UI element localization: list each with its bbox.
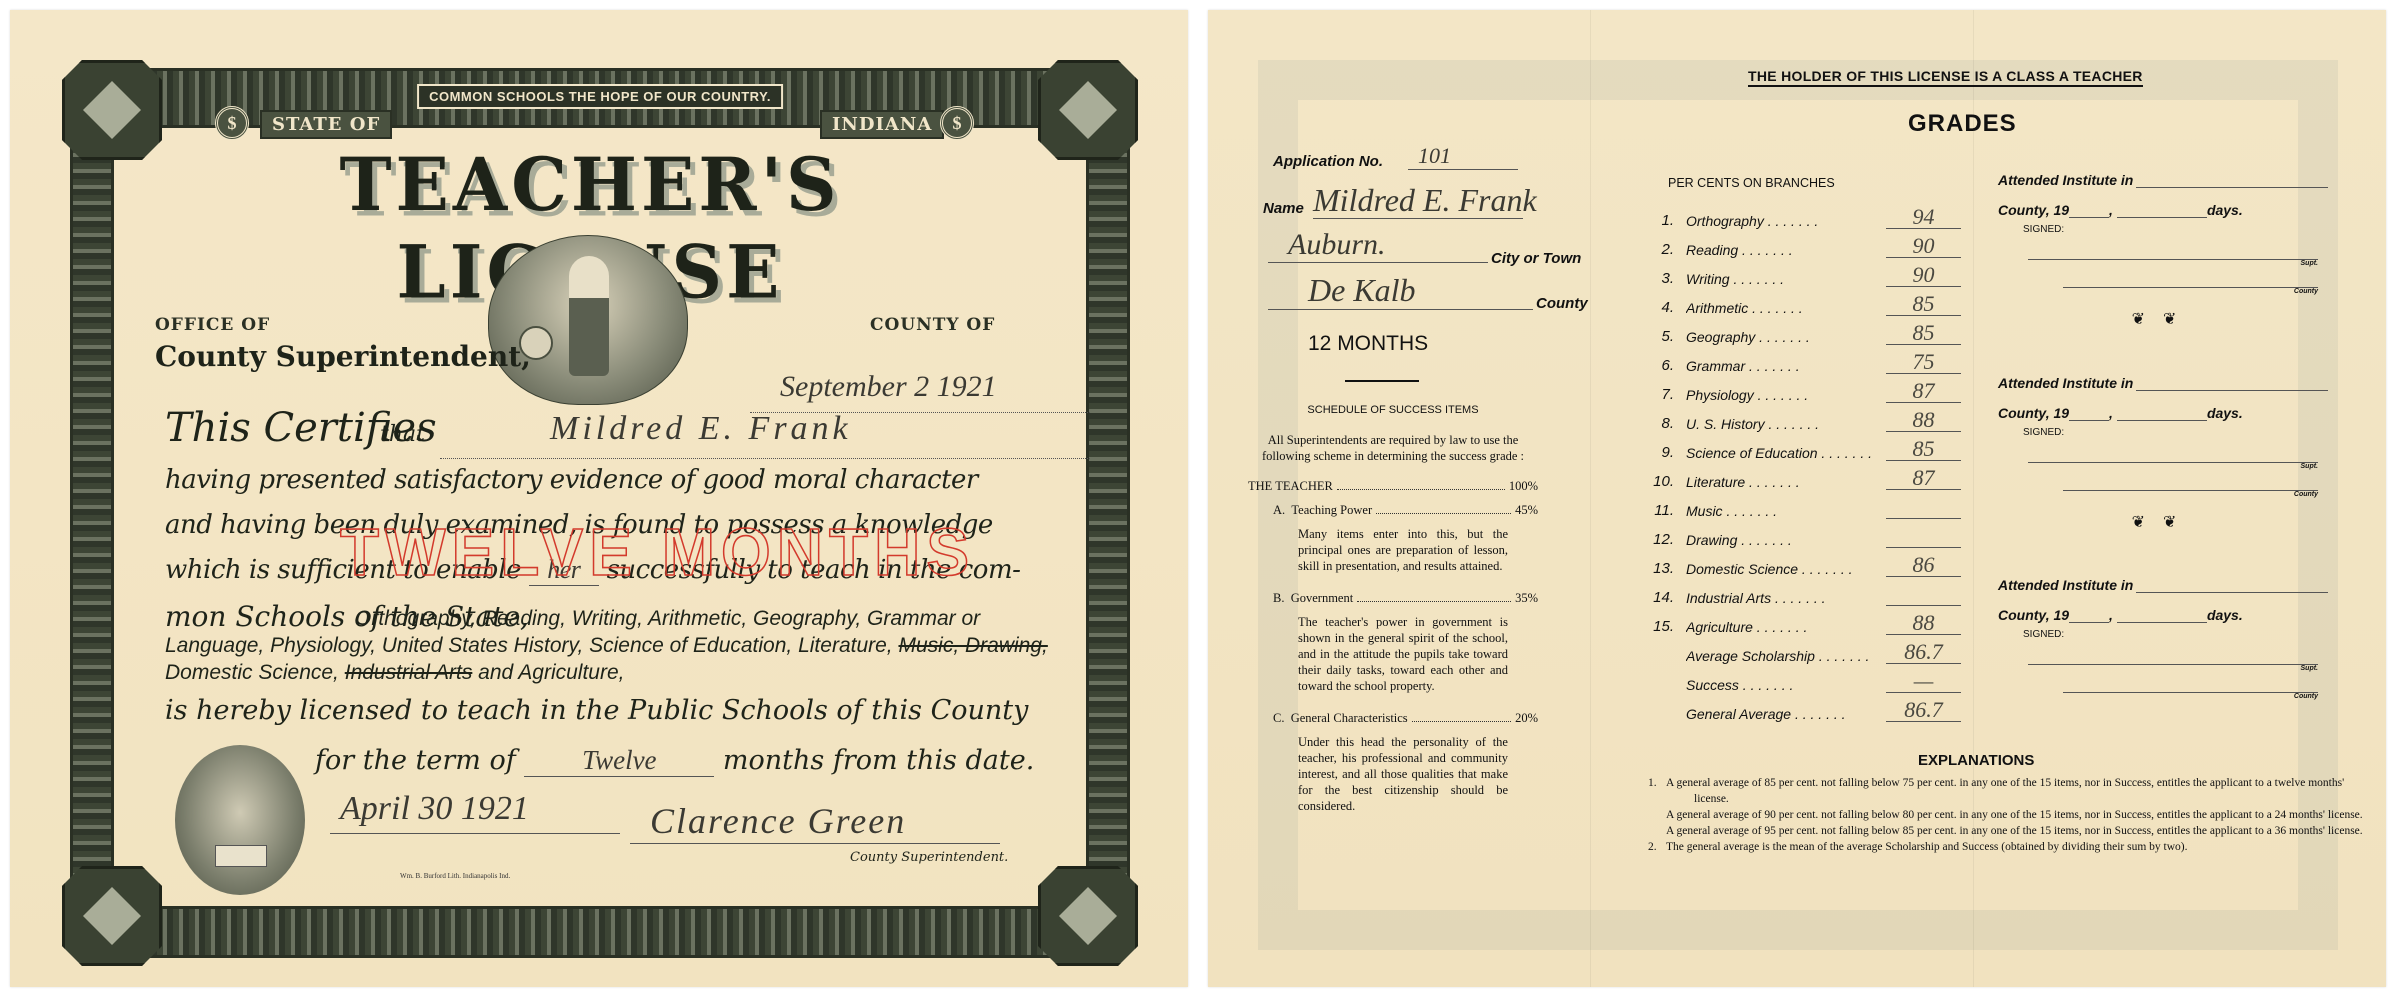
term-stamp: TWELVE MONTHS [340, 513, 975, 591]
grades-title: GRADES [1908, 110, 2017, 138]
county-tag: County [1998, 288, 2328, 295]
grade-subject: Drawing [1686, 532, 1886, 548]
book-icon [215, 845, 267, 867]
county-label: County [1536, 295, 1588, 312]
grade-row: 14.Industrial Arts [1648, 577, 1973, 606]
issue-date: April 30 1921 [340, 790, 529, 828]
year-field [2069, 622, 2109, 623]
grade-number: 11. [1648, 502, 1686, 519]
name-label: Name [1263, 200, 1304, 217]
item-letter: B. [1273, 591, 1284, 605]
signature-line [630, 843, 1000, 844]
grade-subject: Literature [1686, 474, 1886, 490]
grade-row: 15.Agriculture88 [1648, 606, 1973, 635]
days-field [2117, 420, 2207, 421]
schedule-pct: 100% [1509, 478, 1538, 494]
explanation-number: 1. [1648, 775, 1666, 839]
institute-block: Attended Institute in County, 19,days. S… [1998, 577, 2328, 700]
seal-icon: $ [215, 106, 249, 140]
lamp-of-learning-icon [175, 745, 305, 895]
grade-value: 86.7 [1886, 699, 1961, 722]
explanation-number: 2. [1648, 839, 1666, 855]
institute-field [2136, 375, 2328, 391]
explanation-text: A general average of 95 per cent. not fa… [1666, 823, 2368, 839]
grades-table: 1.Orthography94 2.Reading90 3.Writing90 … [1648, 200, 1973, 722]
schedule-row: THE TEACHER100% [1248, 478, 1538, 494]
grade-subject: Arithmetic [1686, 300, 1886, 316]
comma: , [2109, 202, 2113, 218]
grade-number: 8. [1648, 415, 1686, 432]
state-of-label: STATE OF [260, 110, 392, 139]
license-back-page: THE HOLDER OF THIS LICENSE IS A CLASS A … [1208, 10, 2386, 987]
supt-tag: Supt. [1998, 463, 2328, 470]
grade-number: 9. [1648, 444, 1686, 461]
year-field [2069, 420, 2109, 421]
schedule-pct: 20% [1515, 710, 1538, 726]
application-number: 101 [1408, 143, 1518, 170]
success-schedule: SCHEDULE OF SUCCESS ITEMS All Superinten… [1248, 402, 1538, 830]
body-line: having presented satisfactory evidence o… [165, 465, 978, 495]
schedule-desc: The teacher's power in government is sho… [1248, 614, 1538, 694]
struck-subjects: Music, Drawing, [898, 634, 1047, 657]
county-year-label: County, 19 [1998, 202, 2069, 218]
city-value: Auburn. [1268, 228, 1488, 263]
grade-value [1886, 547, 1961, 548]
grade-number: 12. [1648, 531, 1686, 548]
divider [1345, 380, 1419, 382]
institute-field [2136, 577, 2328, 593]
grade-row: 5.Geography85 [1648, 316, 1973, 345]
grade-subject: Writing [1686, 271, 1886, 287]
county-tag: County [1998, 693, 2328, 700]
name-value: Mildred E. Frank [1313, 182, 1538, 219]
grade-subject: General Average [1686, 706, 1886, 722]
schedule-intro: All Superintendents are required by law … [1248, 432, 1538, 464]
subjects-text: Domestic Science, [165, 661, 345, 684]
schedule-label: Government [1291, 591, 1353, 605]
border-bottom [122, 906, 1078, 958]
office-of-label: OFFICE OF [155, 315, 270, 335]
grade-number: 3. [1648, 270, 1686, 287]
schedule-pct: 35% [1515, 590, 1538, 606]
grade-row: 4.Arithmetic85 [1648, 287, 1973, 316]
term-value: Twelve [524, 745, 714, 777]
city-label: City or Town [1491, 250, 1581, 267]
grade-subject: Industrial Arts [1686, 590, 1886, 606]
grade-row: 11.Music [1648, 490, 1973, 519]
explanations-list: 1. A general average of 85 per cent. not… [1648, 775, 2368, 855]
grade-value: 87 [1886, 467, 1961, 490]
days-field [2117, 622, 2207, 623]
corner-ornament-icon [1038, 866, 1138, 966]
grade-subject: Science of Education [1686, 445, 1886, 461]
explanation-item: 1. A general average of 85 per cent. not… [1648, 775, 2368, 839]
grade-number: 5. [1648, 328, 1686, 345]
grade-subject: Average Scholarship [1686, 648, 1886, 664]
corner-ornament-icon [62, 866, 162, 966]
signed-label: SIGNED: [2023, 427, 2328, 438]
year-field [2069, 217, 2109, 218]
grade-value: 88 [1886, 409, 1961, 432]
grade-value [1886, 518, 1961, 519]
term-line: for the term of Twelve months from this … [315, 745, 1034, 777]
schedule-desc: Many items enter into this, but the prin… [1248, 526, 1538, 574]
schedule-row: B. Government35% [1248, 590, 1538, 606]
grade-value: 88 [1886, 612, 1961, 635]
grade-row: 10.Literature87 [1648, 461, 1973, 490]
grade-value: 85 [1886, 438, 1961, 461]
certificate-date: September 2 1921 [780, 370, 997, 404]
schedule-row: C. General Characteristics20% [1248, 710, 1538, 726]
grade-row-general-average: General Average86.7 [1648, 693, 1973, 722]
comma: , [2109, 405, 2113, 421]
grade-subject: Physiology [1686, 387, 1886, 403]
explanation-text: The general average is the mean of the a… [1666, 839, 2368, 855]
grade-row-average-scholarship: Average Scholarship86.7 [1648, 635, 1973, 664]
grade-row: 2.Reading90 [1648, 229, 1973, 258]
attended-label: Attended Institute in [1998, 375, 2133, 391]
grade-subject: Music [1686, 503, 1886, 519]
seal-icon: $ [940, 106, 974, 140]
grade-row: 7.Physiology87 [1648, 374, 1973, 403]
grade-subject: Grammar [1686, 358, 1886, 374]
fleuron-icon: ❦❦ [1998, 309, 2328, 329]
grade-number: 7. [1648, 386, 1686, 403]
schedule-row: A. Teaching Power45% [1248, 502, 1538, 518]
grade-subject: Domestic Science [1686, 561, 1886, 577]
class-heading: THE HOLDER OF THIS LICENSE IS A CLASS A … [1748, 68, 2143, 87]
superintendent-signature: Clarence Green [650, 800, 906, 842]
teacher-figure-icon [569, 256, 609, 376]
grade-subject: Reading [1686, 242, 1886, 258]
days-label: days. [2207, 202, 2243, 218]
holder-name: Mildred E. Frank [550, 410, 852, 448]
application-label: Application No. [1273, 153, 1383, 170]
grade-row: 13.Domestic Science86 [1648, 548, 1973, 577]
fleuron-icon: ❦❦ [1998, 512, 2328, 532]
corner-ornament-icon [1038, 60, 1138, 160]
grade-subject: Geography [1686, 329, 1886, 345]
days-label: days. [2207, 607, 2243, 623]
printer-imprint: Wm. B. Burford Lith. Indianapolis Ind. [400, 872, 510, 880]
attended-label: Attended Institute in [1998, 172, 2133, 188]
issuer-label: County Superintendent, [155, 340, 531, 373]
grade-subject: Success [1686, 677, 1886, 693]
allegorical-vignette-icon [488, 235, 688, 405]
grade-value: 86 [1886, 554, 1961, 577]
institute-block: Attended Institute in County, 19,days. S… [1998, 172, 2328, 329]
grade-row: 9.Science of Education85 [1648, 432, 1973, 461]
signature-title: County Superintendent. [850, 850, 1008, 865]
explanation-item: 2. The general average is the mean of th… [1648, 839, 2368, 855]
issue-date-line [330, 833, 620, 834]
grade-subject: Agriculture [1686, 619, 1886, 635]
grade-row: 6.Grammar75 [1648, 345, 1973, 374]
fold-line [1590, 10, 1591, 987]
schedule-desc: Under this head the personality of the t… [1248, 734, 1538, 814]
grade-number: 6. [1648, 357, 1686, 374]
schedule-pct: 45% [1515, 502, 1538, 518]
grade-value: 87 [1886, 380, 1961, 403]
grade-row: 1.Orthography94 [1648, 200, 1973, 229]
explanation-text: A general average of 85 per cent. not fa… [1666, 775, 2368, 807]
explanations-title: EXPLANATIONS [1918, 752, 2034, 769]
county-year-label: County, 19 [1998, 405, 2069, 421]
grade-value: — [1886, 670, 1961, 693]
term-tail: months from this date. [723, 745, 1034, 776]
grade-number: 10. [1648, 473, 1686, 490]
grade-value [1886, 605, 1961, 606]
explanation-text: A general average of 90 per cent. not fa… [1666, 807, 2368, 823]
signed-label: SIGNED: [2023, 629, 2328, 640]
grade-row: 12.Drawing [1648, 519, 1973, 548]
signed-label: SIGNED: [2023, 224, 2328, 235]
subjects-text: and Agriculture, [472, 661, 624, 684]
item-letter: C. [1273, 711, 1284, 725]
supt-tag: Supt. [1998, 260, 2328, 267]
grade-number: 4. [1648, 299, 1686, 316]
name-underline [1313, 218, 1523, 219]
grade-number: 14. [1648, 589, 1686, 606]
schedule-label: General Characteristics [1291, 711, 1408, 725]
term-lead: for the term of [315, 745, 516, 776]
schedule-title: SCHEDULE OF SUCCESS ITEMS [1248, 402, 1538, 418]
comma: , [2109, 607, 2113, 623]
licensed-line: is hereby licensed to teach in the Publi… [165, 695, 1028, 726]
grade-subject: Orthography [1686, 213, 1886, 229]
motto-banner: COMMON SCHOOLS THE HOPE OF OUR COUNTRY. [417, 84, 783, 109]
per-cents-heading: PER CENTS ON BRANCHES [1668, 176, 1835, 190]
county-tag: County [1998, 491, 2328, 498]
state-name: INDIANA [820, 110, 944, 139]
subjects-list: Orthography, Reading, Writing, Arithmeti… [165, 605, 1085, 686]
grade-number: 15. [1648, 618, 1686, 635]
county-of-label: COUNTY OF [870, 315, 995, 335]
name-line [440, 458, 1090, 459]
schedule-label: THE TEACHER [1248, 478, 1333, 494]
subjects-text: Orthography, Reading, Writing, Arithmeti… [165, 607, 980, 657]
grade-value: 75 [1886, 351, 1961, 374]
grade-number: 13. [1648, 560, 1686, 577]
county-year-label: County, 19 [1998, 607, 2069, 623]
institute-block: Attended Institute in County, 19,days. S… [1998, 375, 2328, 532]
corner-ornament-icon [62, 60, 162, 160]
struck-subjects: Industrial Arts [345, 661, 473, 684]
grade-value: 90 [1886, 235, 1961, 258]
days-label: days. [2207, 405, 2243, 421]
days-field [2117, 217, 2207, 218]
grade-value: 86.7 [1886, 641, 1961, 664]
grade-subject: U. S. History [1686, 416, 1886, 432]
grade-row: 3.Writing90 [1648, 258, 1973, 287]
schedule-label: Teaching Power [1291, 503, 1372, 517]
grade-number: 1. [1648, 212, 1686, 229]
institute-field [2136, 172, 2328, 188]
grade-value: 85 [1886, 322, 1961, 345]
license-front-page: COMMON SCHOOLS THE HOPE OF OUR COUNTRY. … [10, 10, 1188, 987]
supt-tag: Supt. [1998, 665, 2328, 672]
border-left [70, 128, 114, 906]
grade-value: 90 [1886, 264, 1961, 287]
license-term: 12 MONTHS [1308, 332, 1428, 356]
grade-row: 8.U. S. History88 [1648, 403, 1973, 432]
grade-row-success: Success— [1648, 664, 1973, 693]
certifies-that: that [380, 422, 425, 447]
grade-number: 2. [1648, 241, 1686, 258]
grade-value: 94 [1886, 206, 1961, 229]
border-right [1086, 128, 1130, 906]
item-letter: A. [1273, 503, 1285, 517]
county-value: De Kalb [1268, 272, 1533, 310]
attended-label: Attended Institute in [1998, 577, 2133, 593]
grade-value: 85 [1886, 293, 1961, 316]
